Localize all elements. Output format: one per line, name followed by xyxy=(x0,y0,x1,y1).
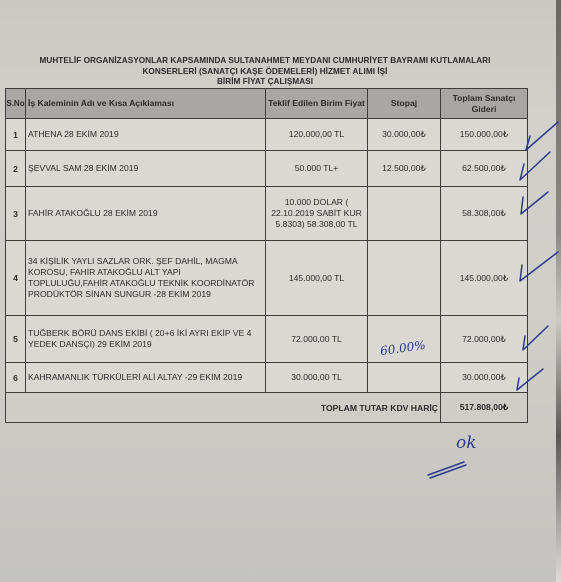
header-stopaj: Stopaj xyxy=(368,89,441,119)
header-total-cost: Toplam Sanatçı Gideri xyxy=(441,89,528,119)
total-label: TOPLAM TUTAR KDV HARİÇ xyxy=(6,393,441,423)
cell-description: ŞEVVAL SAM 28 EKİM 2019 xyxy=(26,151,266,187)
table-header-row: S.No İş Kaleminin Adı ve Kısa Açıklaması… xyxy=(6,89,528,119)
table-row: 6 KAHRAMANLIK TÜRKÜLERİ ALİ ALTAY -29 EK… xyxy=(6,363,528,393)
cell-sno: 6 xyxy=(6,363,26,393)
header-unit-price: Teklif Edilen Birim Fiyat xyxy=(266,89,368,119)
handwritten-signature: ok xyxy=(456,433,477,453)
title-line-2: KONSERLERİ (SANATÇI KAŞE ÖDEMELERİ) HİZM… xyxy=(0,67,530,78)
cell-stopaj: 30.000,00₺ xyxy=(368,119,441,151)
table-row: 4 34 KİŞİLİK YAYLI SAZLAR ORK. ŞEF DAHİL… xyxy=(6,241,528,316)
cell-sno: 1 xyxy=(6,119,26,151)
table-row: 2 ŞEVVAL SAM 28 EKİM 2019 50.000 TL+ 12.… xyxy=(6,151,528,187)
cell-unit-price: 120.000,00 TL xyxy=(266,119,368,151)
cell-total-cost: 30.000,00₺ xyxy=(441,363,528,393)
cell-sno: 3 xyxy=(6,187,26,241)
cell-stopaj xyxy=(368,316,441,363)
cell-total-cost: 72.000,00₺ xyxy=(441,316,528,363)
cell-sno: 4 xyxy=(6,241,26,316)
cell-unit-price: 72.000,00 TL xyxy=(266,316,368,363)
cell-description: FAHİR ATAKOĞLU 28 EKİM 2019 xyxy=(26,187,266,241)
document-title: MUHTELİF ORGANİZASYONLAR KAPSAMINDA SULT… xyxy=(0,56,530,88)
table-row: 3 FAHİR ATAKOĞLU 28 EKİM 2019 10.000 DOL… xyxy=(6,187,528,241)
cell-sno: 5 xyxy=(6,316,26,363)
table-total-row: TOPLAM TUTAR KDV HARİÇ 517.808,00₺ xyxy=(6,393,528,423)
cell-total-cost: 150.000,00₺ xyxy=(441,119,528,151)
cell-unit-price: 145.000,00 TL xyxy=(266,241,368,316)
total-value: 517.808,00₺ xyxy=(441,393,528,423)
table-row: 1 ATHENA 28 EKİM 2019 120.000,00 TL 30.0… xyxy=(6,119,528,151)
cell-unit-price: 50.000 TL+ xyxy=(266,151,368,187)
cell-description: ATHENA 28 EKİM 2019 xyxy=(26,119,266,151)
cell-total-cost: 62.500,00₺ xyxy=(441,151,528,187)
cell-description: KAHRAMANLIK TÜRKÜLERİ ALİ ALTAY -29 EKİM… xyxy=(26,363,266,393)
table-row: 5 TUĞBERK BÖRÜ DANS EKİBİ ( 20+6 İKİ AYR… xyxy=(6,316,528,363)
title-line-3: BİRİM FİYAT ÇALIŞMASI xyxy=(0,77,530,88)
cell-total-cost: 145.000,00₺ xyxy=(441,241,528,316)
cell-stopaj: 12.500,00₺ xyxy=(368,151,441,187)
header-sno: S.No xyxy=(6,89,26,119)
paper-edge-shadow xyxy=(556,0,561,582)
cell-description: TUĞBERK BÖRÜ DANS EKİBİ ( 20+6 İKİ AYRI … xyxy=(26,316,266,363)
cell-description: 34 KİŞİLİK YAYLI SAZLAR ORK. ŞEF DAHİL, … xyxy=(26,241,266,316)
title-line-1: MUHTELİF ORGANİZASYONLAR KAPSAMINDA SULT… xyxy=(0,56,530,67)
cell-sno: 2 xyxy=(6,151,26,187)
header-description: İş Kaleminin Adı ve Kısa Açıklaması xyxy=(26,89,266,119)
unit-price-table: S.No İş Kaleminin Adı ve Kısa Açıklaması… xyxy=(5,88,528,423)
cell-unit-price: 30.000,00 TL xyxy=(266,363,368,393)
cell-stopaj xyxy=(368,241,441,316)
cell-total-cost: 58.308,00₺ xyxy=(441,187,528,241)
cell-stopaj xyxy=(368,187,441,241)
cell-unit-price: 10.000 DOLAR ( 22.10.2019 SABİT KUR 5.83… xyxy=(266,187,368,241)
cell-stopaj xyxy=(368,363,441,393)
